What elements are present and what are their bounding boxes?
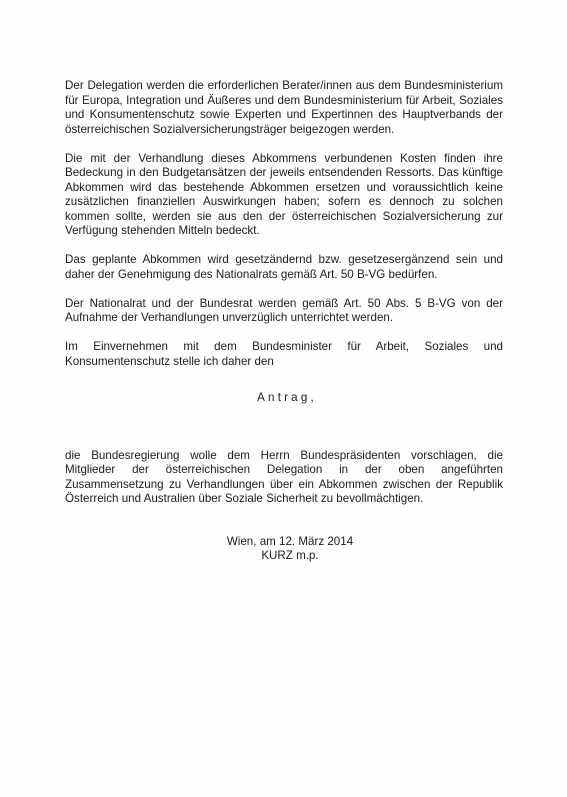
paragraph-costs: Die mit der Verhandlung dieses Abkommens… [65,152,503,239]
paragraph-legal-approval: Das geplante Abkommen wird gesetzändernd… [65,253,503,282]
paragraph-delegation-advisors: Der Delegation werden die erforderlichen… [65,79,503,137]
place-date: Wien, am 12. März 2014 [77,535,503,550]
signature: KURZ m.p. [77,549,503,564]
paragraph-agreement: Im Einvernehmen mit dem Bundesminister f… [65,340,503,369]
paragraph-parliament-notice: Der Nationalrat und der Bundesrat werden… [65,297,503,326]
signature-block: Wien, am 12. März 2014 KURZ m.p. [65,535,503,564]
motion-heading: Antrag, [65,391,503,406]
paragraph-motion: die Bundesregierung wolle dem Herrn Bund… [65,449,503,507]
document-body: Der Delegation werden die erforderlichen… [65,79,503,564]
document-page: Der Delegation werden die erforderlichen… [0,0,567,797]
